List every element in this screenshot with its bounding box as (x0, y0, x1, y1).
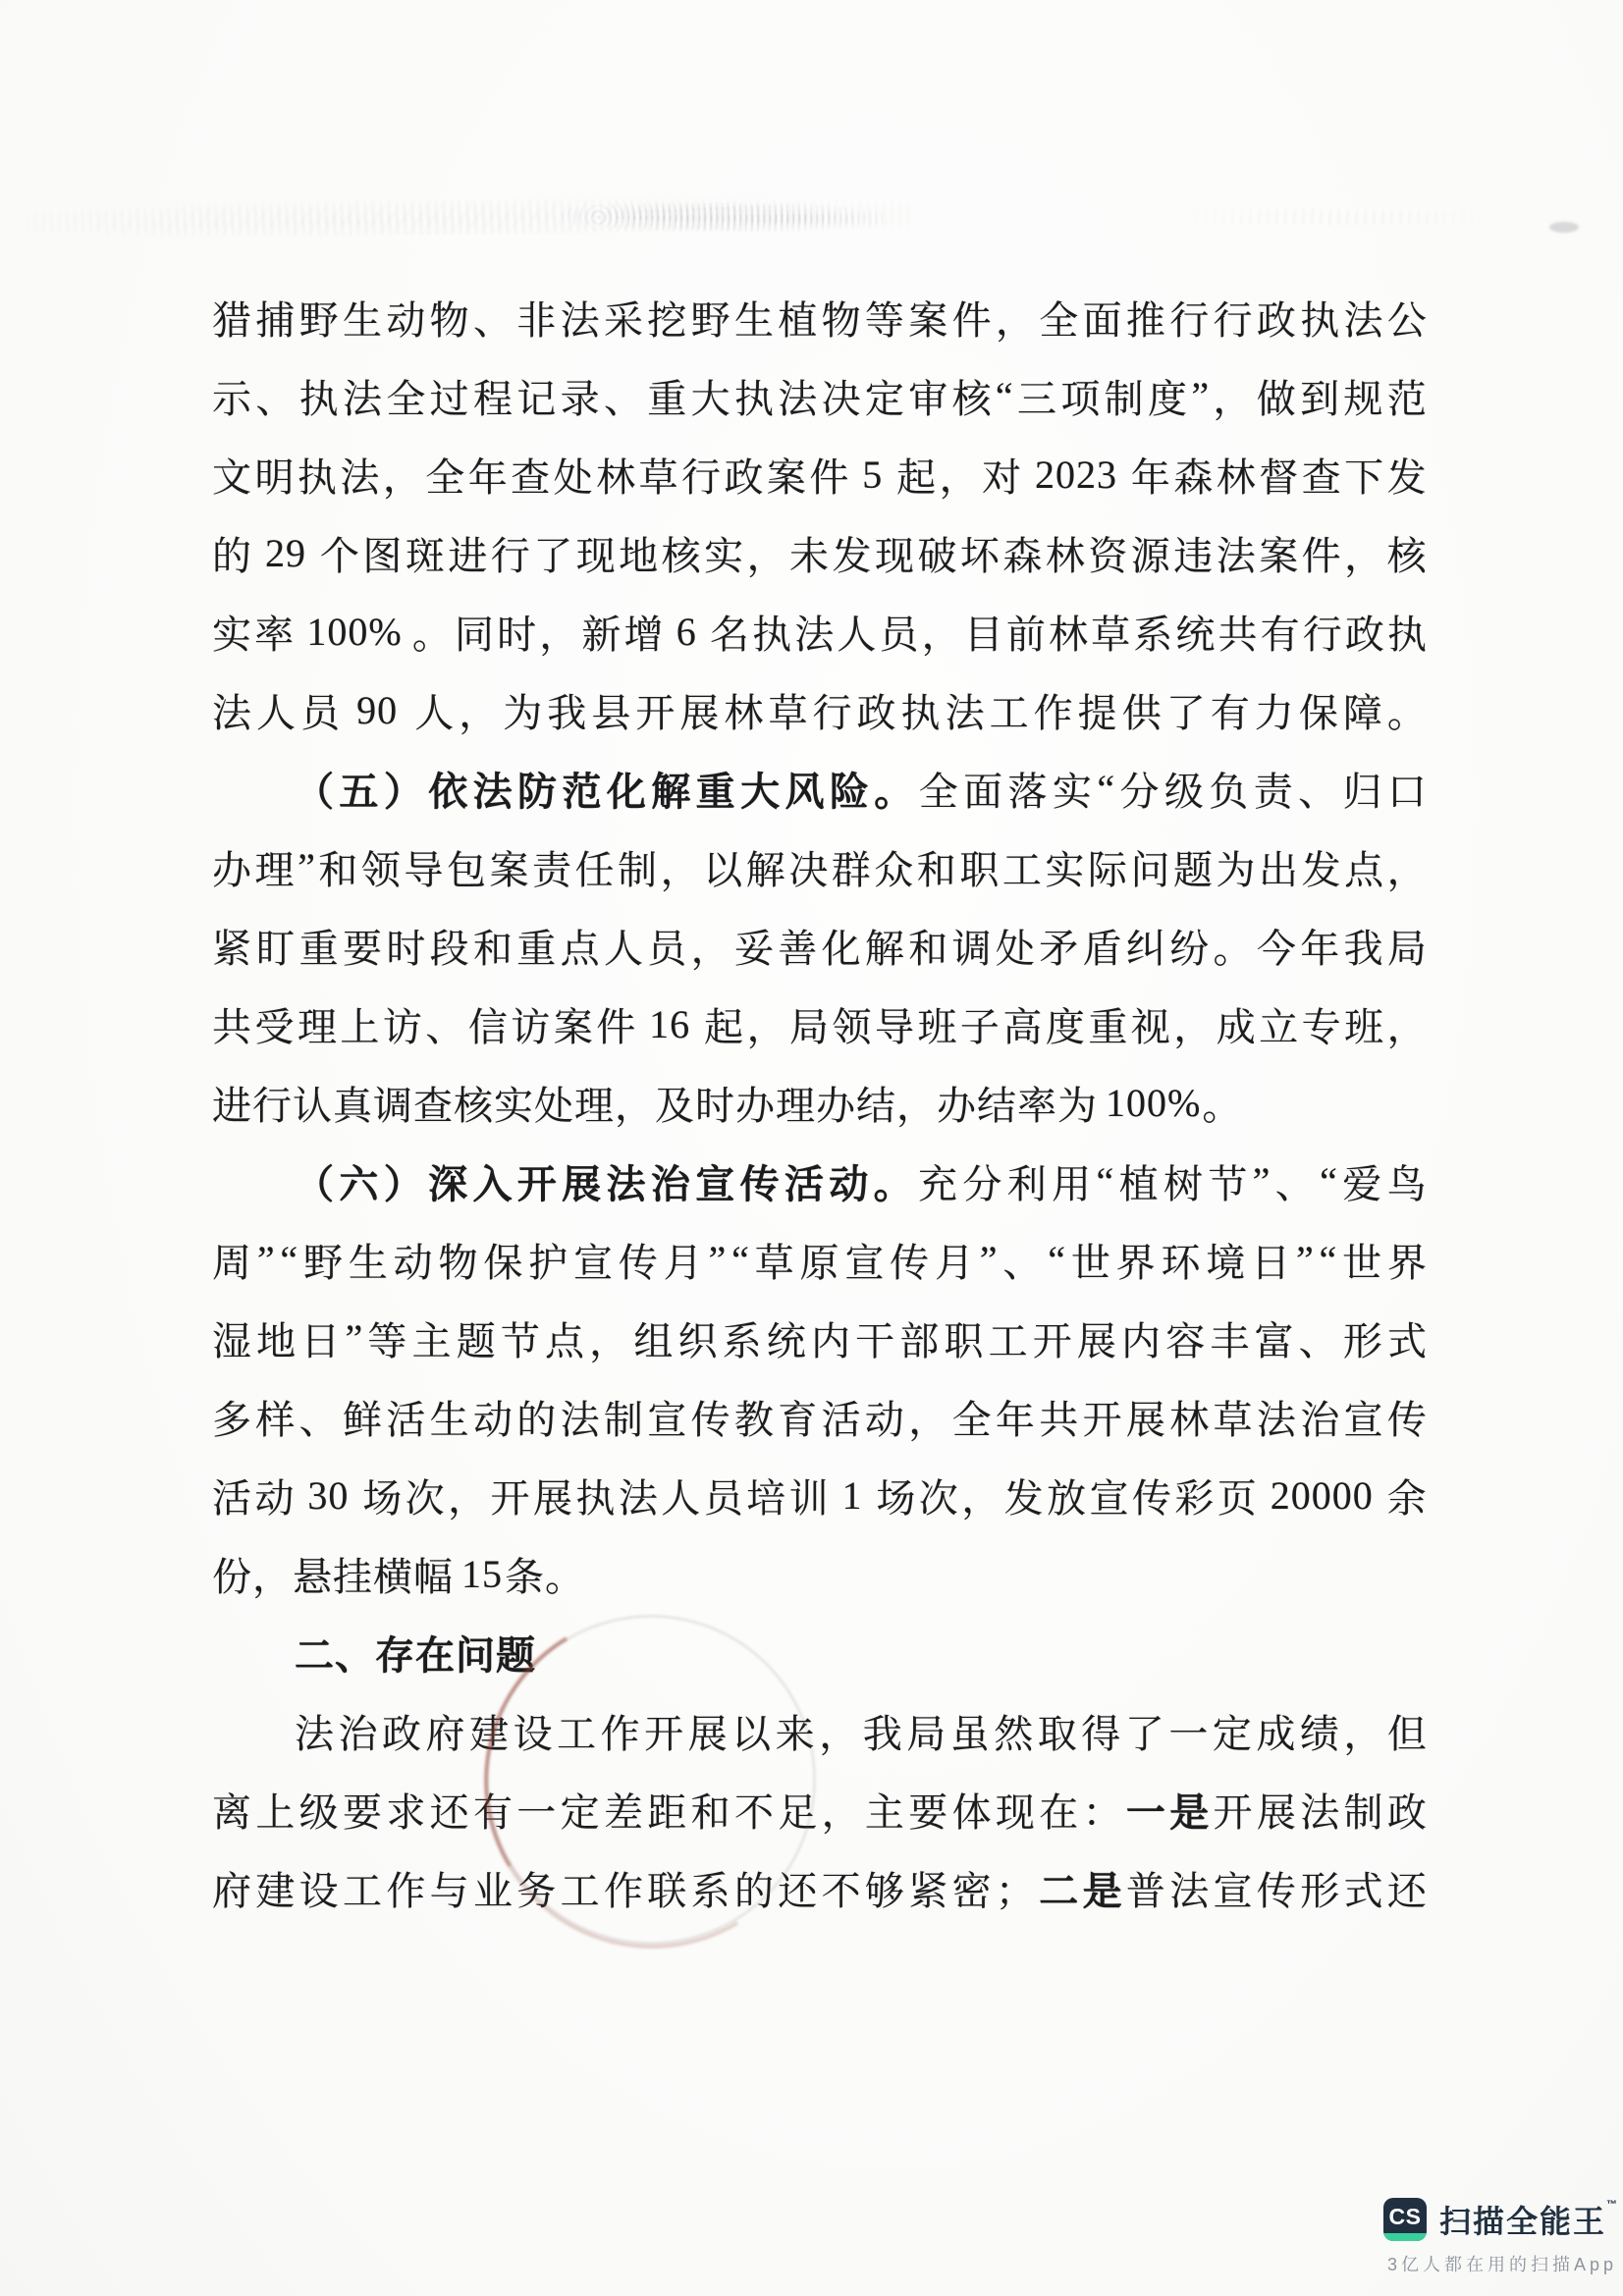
text-line: 法治政府建设工作开展以来，我局虽然取得了一定成绩，但 (212, 1691, 1427, 1770)
text-line: 法人员 90 人，为我县开展林草行政执法工作提供了有力保障。 (212, 670, 1427, 749)
text-line: 共受理上访、信访案件 16 起，局领导班子高度重视，成立专班， (212, 985, 1427, 1063)
text-line: 活动 30 场次，开展执法人员培训 1 场次，发放宣传彩页 20000 余 (212, 1456, 1427, 1534)
camscanner-logo-strip (1383, 2233, 1427, 2241)
text-line: 文明执法，全年查处林草行政案件 5 起，对 2023 年森林督查下发 (212, 435, 1427, 513)
camscanner-watermark-row: CS 扫描全能王 ™ (1383, 2197, 1617, 2242)
camscanner-title-text: 扫描全能王 (1439, 2197, 1606, 2242)
trademark-symbol: ™ (1606, 2199, 1617, 2211)
paragraph: （六）深入开展法治宣传活动。充分利用“植树节”、“爱鸟周”“野生动物保护宣传月”… (212, 1142, 1427, 1613)
text-line: 府建设工作与业务工作联系的还不够紧密；二是普法宣传形式还 (212, 1848, 1427, 1927)
text-line: 实率 100%。同时，新增 6 名执法人员，目前林草系统共有行政执 (212, 592, 1427, 670)
text-line: 的 29 个图斑进行了现地核实，未发现破坏森林资源违法案件，核 (212, 513, 1427, 592)
text-line: 猎捕野生动物、非法采挖野生植物等案件，全面推行行政执法公 (212, 278, 1427, 356)
scan-smudge-artifact (1188, 208, 1483, 226)
scan-smudge-artifact (1549, 222, 1579, 233)
text-line: （五）依法防范化解重大风险。全面落实“分级负责、归口 (212, 749, 1427, 828)
camscanner-title: 扫描全能王 ™ (1439, 2197, 1617, 2242)
text-block: 猎捕野生动物、非法采挖野生植物等案件，全面推行行政执法公示、执法全过程记录、重大… (212, 278, 1427, 1927)
camscanner-watermark: CS 扫描全能王 ™ 3亿人都在用的扫描App (1383, 2197, 1617, 2276)
scanned-document-page: 猎捕野生动物、非法采挖野生植物等案件，全面推行行政执法公示、执法全过程记录、重大… (0, 0, 1623, 2296)
text-line: 湿地日”等主题节点，组织系统内干部职工开展内容丰富、形式 (212, 1299, 1427, 1377)
text-line: （六）深入开展法治宣传活动。充分利用“植树节”、“爱鸟 (212, 1142, 1427, 1220)
text-line: 示、执法全过程记录、重大执法决定审核“三项制度”，做到规范 (212, 356, 1427, 435)
paragraph: （五）依法防范化解重大风险。全面落实“分级负责、归口办理”和领导包案责任制，以解… (212, 749, 1427, 1142)
text-line: 进行认真调查核实处理，及时办理办结，办结率为 100%。 (212, 1063, 1427, 1142)
camscanner-logo-icon: CS (1383, 2198, 1427, 2241)
text-line: 周”“野生动物保护宣传月”“草原宣传月”、“世界环境日”“世界 (212, 1220, 1427, 1299)
text-line: 紧盯重要时段和重点人员，妥善化解和调处矛盾纠纷。今年我局 (212, 906, 1427, 985)
camscanner-logo-letters: CS (1389, 2204, 1422, 2230)
paragraph: 法治政府建设工作开展以来，我局虽然取得了一定成绩，但离上级要求还有一定差距和不足… (212, 1691, 1427, 1927)
scan-smudge-artifact (560, 201, 884, 233)
paragraph: 猎捕野生动物、非法采挖野生植物等案件，全面推行行政执法公示、执法全过程记录、重大… (212, 278, 1427, 749)
paragraph: 二、存在问题 (212, 1613, 1427, 1691)
text-line: 份，悬挂横幅 15 条。 (212, 1534, 1427, 1613)
text-line: 办理”和领导包案责任制，以解决群众和职工实际问题为出发点， (212, 828, 1427, 906)
text-line: 二、存在问题 (212, 1613, 1427, 1691)
text-line: 离上级要求还有一定差距和不足，主要体现在：一是开展法制政 (212, 1770, 1427, 1848)
camscanner-subtitle: 3亿人都在用的扫描App (1387, 2251, 1617, 2276)
text-line: 多样、鲜活生动的法制宣传教育活动，全年共开展林草法治宣传 (212, 1377, 1427, 1456)
